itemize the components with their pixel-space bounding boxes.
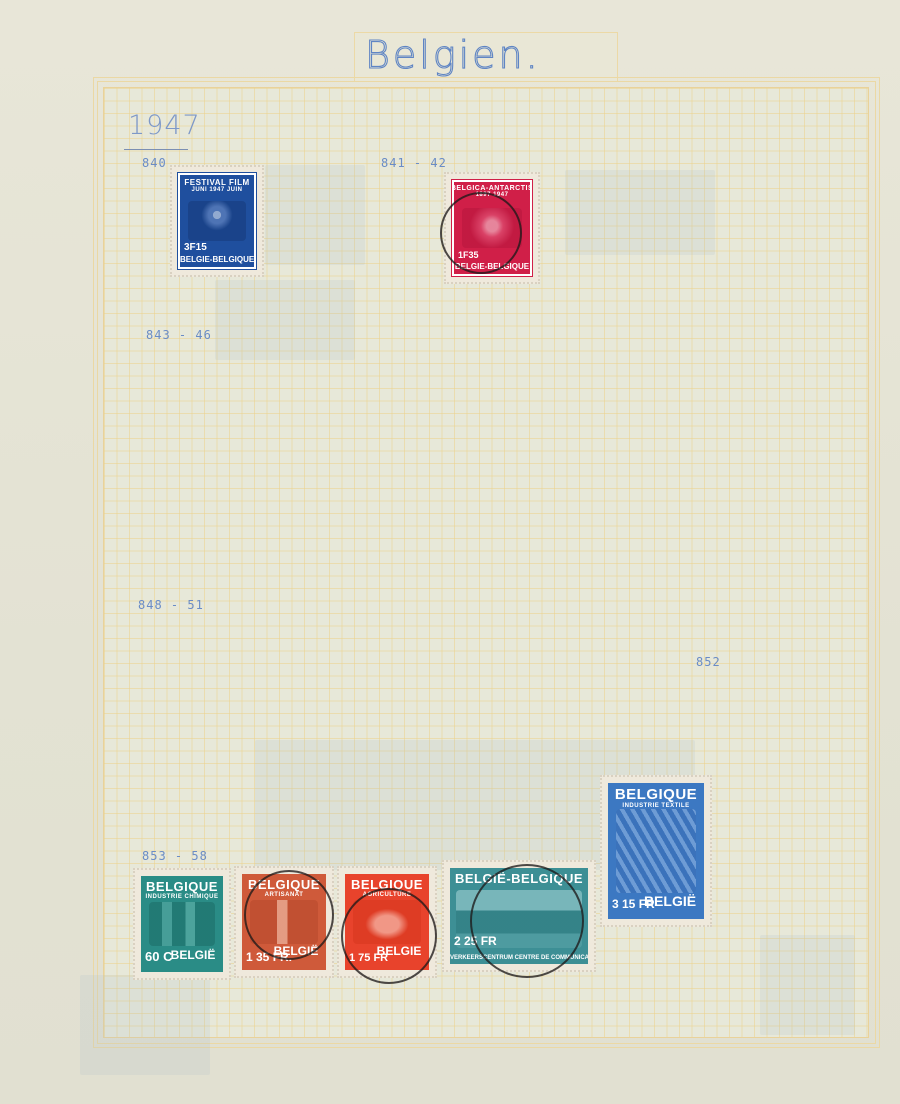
stamp-design: BELGIQUE AGRICULTURE 1 75 FR BELGIE <box>345 874 429 970</box>
stamp-design: BELGIQUE INDUSTRIE CHIMIQUE 60 C BELGIË <box>141 876 223 972</box>
stamp-design: BELGIË-BELGIQUE 2 25 FR VERKEERSCENTRUM … <box>450 868 588 964</box>
stamp-ghost <box>265 165 365 265</box>
portrait-art <box>188 201 246 241</box>
stamp-subtitle: AGRICULTURE <box>363 892 412 898</box>
stamp-subtitle: 1897 1947 <box>476 192 509 198</box>
year-underline <box>124 149 188 150</box>
stamp-industrie-textile[interactable]: BELGIQUE INDUSTRIE TEXTILE 3 15 FR BELGI… <box>600 775 712 927</box>
year-heading: 1947 <box>128 110 201 141</box>
stamp-subtitle: ARTISANAT <box>265 892 304 898</box>
stamp-industrie-chimique[interactable]: BELGIQUE INDUSTRIE CHIMIQUE 60 C BELGIË <box>133 868 231 980</box>
stamp-kunstambachten[interactable]: BELGIQUE ARTISANAT 1 35 FR. BELGIË <box>234 866 334 978</box>
stamp-design: BELGICA-ANTARCTIS 1897 1947 1F35 BELGIE-… <box>452 180 532 276</box>
stamp-festival-film[interactable]: FESTIVAL FILM JUNI 1947 JUIN 3F15 BELGIE… <box>170 165 264 277</box>
explorer-art <box>462 208 522 248</box>
craftsman-art <box>250 900 318 944</box>
stamp-title: BELGIË-BELGIQUE <box>455 871 583 886</box>
stamp-title: BELGIQUE <box>615 786 697 803</box>
stamp-value: 3F15 <box>184 242 207 253</box>
stamp-title: FESTIVAL FILM <box>184 178 249 187</box>
stamp-country: BELGIË <box>163 948 223 962</box>
stamp-country: BELGIE-BELGIQUE <box>454 262 530 271</box>
stamp-design: BELGIQUE INDUSTRIE TEXTILE 3 15 FR BELGI… <box>608 783 704 919</box>
stamp-title: BELGIQUE <box>351 877 423 892</box>
stamp-ghost <box>80 975 210 1075</box>
stamp-ghost <box>215 280 355 360</box>
catalog-note-852: 852 <box>696 655 721 669</box>
stamp-agriculture[interactable]: BELGIQUE AGRICULTURE 1 75 FR BELGIE <box>337 866 437 978</box>
factory-art <box>149 902 215 946</box>
stamp-subtitle: INDUSTRIE CHIMIQUE <box>145 894 218 900</box>
stamp-title: BELGIQUE <box>146 879 218 894</box>
stamp-country: BELGIE-BELGIQUE <box>180 255 254 264</box>
stamp-subtitle: JUNI 1947 JUIN <box>191 187 242 193</box>
catalog-note-853-58: 853 - 58 <box>142 849 208 863</box>
page-heading: Belgien. <box>365 33 541 77</box>
stamp-design: FESTIVAL FILM JUNI 1947 JUIN 3F15 BELGIE… <box>178 173 256 269</box>
stamp-value: 1F35 <box>458 250 479 260</box>
catalog-note-843-46: 843 - 46 <box>146 328 212 342</box>
stamp-country: BELGIË <box>636 893 704 909</box>
stamp-belgica-antarctis[interactable]: BELGICA-ANTARCTIS 1897 1947 1F35 BELGIE-… <box>444 172 540 284</box>
stamp-ghost <box>565 170 715 255</box>
catalog-note-841-42: 841 - 42 <box>381 156 447 170</box>
stamp-title: BELGICA-ANTARCTIS <box>452 185 532 192</box>
stamp-centre-communications[interactable]: BELGIË-BELGIQUE 2 25 FR VERKEERSCENTRUM … <box>442 860 596 972</box>
stamp-design: BELGIQUE ARTISANAT 1 35 FR. BELGIË <box>242 874 326 970</box>
catalog-note-848-51: 848 - 51 <box>138 598 204 612</box>
stamp-ghost <box>760 935 855 1035</box>
stamp-country: BELGIË <box>266 944 326 958</box>
stamp-value: 2 25 FR <box>454 934 497 948</box>
stamp-title: BELGIQUE <box>248 877 320 892</box>
stamp-country: BELGIE <box>369 944 429 958</box>
textile-machine-art <box>616 809 696 893</box>
title-label-box: Belgien. <box>354 32 618 82</box>
harvest-art <box>353 900 421 944</box>
stamp-caption: VERKEERSCENTRUM CENTRE DE COMMUNICATIONS <box>450 955 588 961</box>
catalog-note-840: 840 <box>142 156 167 170</box>
